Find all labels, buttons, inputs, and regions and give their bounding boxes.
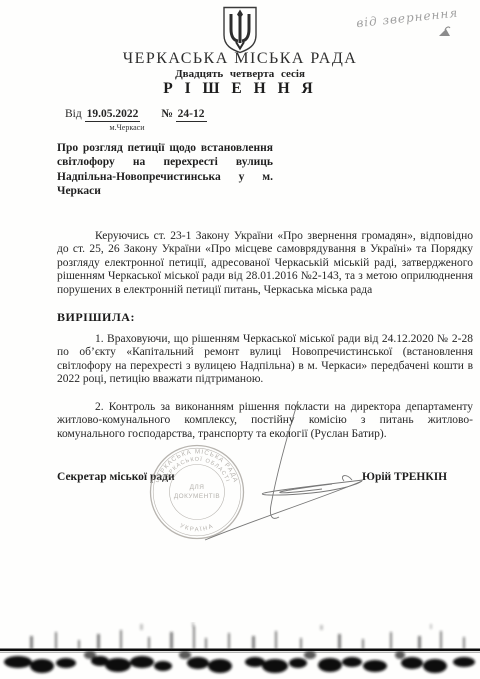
stamp-bottom-text: УКРАЇНА: [179, 523, 215, 533]
document-page: від звернення ЧЕРКАСЬКА МІСЬКА РАДА Двад…: [0, 0, 480, 679]
svg-text:УКРАЇНА: УКРАЇНА: [179, 523, 215, 533]
official-stamp: ЧЕРКАСЬКА МІСЬКА РАДА ЧЕРКАСЬКОЇ ОБЛАСТІ…: [132, 427, 262, 557]
subject-block: Про розгляд петиції щодо встановлення св…: [57, 141, 273, 198]
stamp-center-line2: ДОКУМЕНТІВ: [174, 493, 220, 500]
doc-date: 19.05.2022: [85, 108, 141, 122]
handwritten-mark: [436, 24, 454, 40]
doc-meta-line: Від 19.05.2022 № 24-12: [65, 108, 207, 120]
place-line: м.Черкаси: [88, 123, 166, 132]
resolved-label: ВИРІШИЛА:: [57, 310, 135, 325]
resolution-item-1: 1. Враховуючи, що рішенням Черкаської мі…: [57, 333, 473, 387]
scan-artifact-strip: [0, 622, 480, 679]
coat-of-arms-icon: [217, 6, 263, 54]
doc-number: 24-12: [176, 108, 207, 122]
resolution-item-2: 2. Контроль за виконанням рішення поклас…: [57, 401, 473, 441]
date-label: Від: [65, 108, 82, 120]
signer-name: Юрій ТРЕНКІН: [362, 471, 447, 483]
stamp-center-line1: ДЛЯ: [190, 484, 205, 491]
preamble-paragraph: Керуючись ст. 23-1 Закону України «Про з…: [57, 230, 473, 297]
handwritten-note: від звернення: [356, 4, 477, 30]
doc-type-title: Р І Ш Е Н Н Я: [0, 80, 480, 98]
org-name: ЧЕРКАСЬКА МІСЬКА РАДА: [0, 50, 480, 68]
session-line: Двадцять четверта сесія: [0, 68, 480, 80]
number-sign: №: [161, 108, 173, 120]
